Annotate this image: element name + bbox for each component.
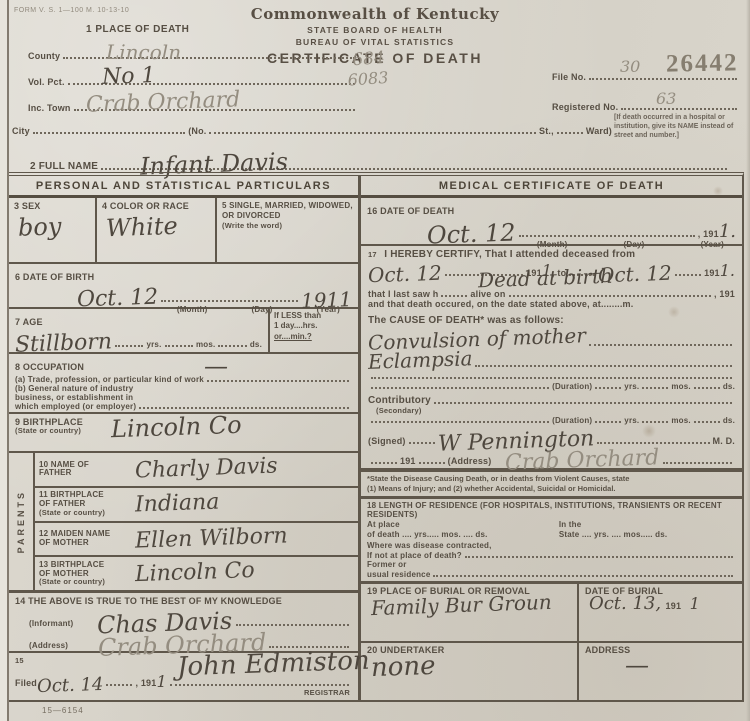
undertaker-field: 20 UNDERTAKER none: [361, 643, 579, 700]
parents-rows: 10 NAME OF FATHER Charly Davis 11 BIRTHP…: [35, 453, 358, 590]
dob-year-handwritten: 1911: [301, 291, 352, 310]
sex-value-handwritten: boy: [18, 216, 62, 238]
city-row: City (No. St., Ward): [12, 126, 612, 136]
informant-heading: 14 THE ABOVE IS TRUE TO THE BEST OF MY K…: [15, 596, 352, 606]
informant-rule: [236, 624, 349, 626]
dod-year-printed: , 191: [698, 229, 719, 239]
duration-rule-2: [642, 387, 668, 389]
residence-at-place-label: of death: [367, 530, 400, 539]
dead-at-birth-handwritten: Dead at birth: [478, 268, 613, 290]
last-saw-rule-2: [509, 295, 711, 297]
occupation-value-handwritten: —: [204, 356, 228, 376]
duration-line-2: (Duration) yrs. mos. ds.: [368, 416, 735, 425]
undertaker-address-label: ADDRESS: [585, 645, 736, 655]
inc-town-row: Inc. Town Crab Orchard: [28, 87, 358, 113]
informant-section: 14 THE ABOVE IS TRUE TO THE BEST OF MY K…: [9, 593, 358, 653]
age-less-than-box: If LESS than 1 day....hrs. or....min.?: [268, 309, 358, 352]
mother-birthplace-value-handwritten: Lincoln Co: [135, 562, 255, 585]
full-name-label: 2 FULL NAME: [30, 161, 98, 172]
file-no-pencil-handwritten: 30: [620, 60, 640, 74]
occupation-b-rule: [139, 407, 349, 409]
date-of-birth-field: 6 DATE OF BIRTH Oct. 12 1911 (Month) (Da…: [9, 264, 358, 309]
filed-year-handwritten: 1: [156, 675, 166, 689]
mother-birthplace-labels: 13 BIRTHPLACE OF MOTHER (State or countr…: [39, 561, 133, 587]
to-rule-2: [675, 274, 701, 276]
age-line: Stillborn yrs. mos. ds.: [15, 330, 262, 349]
registered-no-label: Registered No.: [552, 102, 618, 112]
residence-columns: At place of death .... yrs..... mos. ...…: [367, 520, 736, 542]
birthplace-sublabel: (State or country): [15, 427, 111, 436]
birthplace-labels: 9 BIRTHPLACE (State or country): [15, 417, 111, 436]
marital-label: 5 SINGLE, MARRIED, WIDOWED, OR DIVORCED: [222, 201, 353, 221]
county-row: County Lincoln: [28, 35, 358, 61]
dod-line: Oct. 12 , 191 1.: [367, 219, 736, 239]
cause-line-1: Convulsion of mother: [368, 328, 735, 348]
contributory-label: Contributory: [368, 395, 431, 406]
mother-birthplace-row: 13 BIRTHPLACE OF MOTHER (State or countr…: [35, 557, 358, 590]
occupation-line-b: which employed (or employer): [15, 402, 352, 411]
burial-place-value-handwritten: Family Bur Groun: [371, 594, 552, 617]
commonwealth-title: Commonwealth of Kentucky: [0, 5, 750, 23]
residence-at-place-line1: At place: [367, 520, 559, 531]
pencil-number-top: 684: [352, 51, 388, 68]
signed-address-line: 191 (Address) Crab Orchard: [368, 447, 735, 466]
color-race-value-handwritten: White: [106, 216, 178, 239]
occupation-a-label: (a) Trade, profession, or particular kin…: [15, 375, 204, 384]
file-number-stamp: 26442: [665, 49, 738, 78]
duration2-rule-1: [595, 421, 621, 423]
marital-sublabel: (Write the word): [222, 221, 353, 230]
age-label: 7 AGE: [15, 317, 43, 327]
filed-section: 15 Filed Oct. 14 , 191 1 John Edmiston R…: [9, 653, 358, 700]
father-birthplace-row: 11 BIRTHPLACE OF FATHER (State or countr…: [35, 488, 358, 523]
occupation-field: 8 OCCUPATION — (a) Trade, profession, or…: [9, 354, 358, 414]
to-year-handwritten: 1.: [720, 264, 735, 278]
cause-rule-3: [371, 377, 732, 379]
residence-section: 18 LENGTH OF RESIDENCE (FOR HOSPITALS, I…: [361, 496, 742, 582]
place-of-death-block: 1 PLACE OF DEATH County Lincoln Vol. Pct…: [28, 24, 358, 113]
signed-rule-1: [409, 442, 435, 444]
occupation-b1-label: (b) General nature of industry: [15, 384, 352, 393]
duration-yrs-2: yrs.: [624, 416, 639, 425]
age-less-line2: 1 day....hrs.: [274, 321, 354, 331]
color-race-field: 4 COLOR OR RACE White: [97, 198, 217, 262]
residence-in-state-label: State: [559, 530, 580, 539]
last-saw-year-printed: , 191: [714, 289, 735, 299]
burial-row: 19 PLACE OF BURIAL OR REMOVAL Family Bur…: [361, 584, 742, 643]
duration-rule-0: [371, 387, 549, 389]
duration-rule-3: [694, 387, 720, 389]
sex-field: 3 SEX boy: [9, 198, 97, 262]
burial-section: 19 PLACE OF BURIAL OR REMOVAL Family Bur…: [361, 581, 742, 700]
vol-pct-row: Vol. Pct. No 1: [28, 61, 358, 87]
duration-rule-1: [595, 387, 621, 389]
registrar-label: REGISTRAR: [304, 688, 350, 697]
last-saw-rule-1: [441, 295, 467, 297]
age-less-line1: If LESS than: [274, 311, 354, 321]
sex-race-marital-row: 3 SEX boy 4 COLOR OR RACE White 5 SINGLE…: [9, 198, 358, 264]
burial-date-field: DATE OF BURIAL Oct. 13, 191 1: [579, 584, 742, 641]
burial-year-handwritten: 1: [690, 594, 700, 613]
mother-birthplace-label-3: (State or country): [39, 578, 133, 586]
duration-mos-1: mos.: [671, 382, 690, 391]
dod-value-handwritten: Oct. 12: [427, 222, 516, 245]
color-race-label: 4 COLOR OR RACE: [102, 201, 210, 211]
pencil-numbers: 684 6083: [352, 51, 389, 87]
personal-column-header: PERSONAL AND STATISTICAL PARTICULARS: [9, 176, 358, 198]
duration-ds-2: ds.: [723, 416, 735, 425]
sig-address-label: (Address): [448, 456, 492, 466]
hospital-note: [If death occurred in a hospital or inst…: [614, 114, 734, 140]
bottom-form-number: 15—6154: [42, 706, 84, 715]
duration2-rule-2: [642, 421, 668, 423]
residence-at-place-line2: of death .... yrs..... mos. .... ds.: [367, 530, 559, 541]
age-value-handwritten: Stillborn: [15, 333, 113, 355]
contributory-line: Contributory: [368, 395, 735, 406]
inc-town-value-handwritten: Crab Orchard: [86, 92, 241, 116]
duration-ds-1: ds.: [723, 382, 735, 391]
duration2-rule-0: [371, 421, 549, 423]
city-rule: [33, 132, 185, 134]
sex-label: 3 SEX: [14, 201, 90, 211]
filed-date-handwritten: Oct. 14: [37, 677, 104, 695]
city-no-label: (No.: [188, 126, 206, 136]
age-ds-label: ds.: [250, 340, 262, 349]
dod-rule: [519, 235, 695, 237]
city-ward-label: Ward): [586, 126, 612, 136]
full-name-row: 2 FULL NAME Infant Davis: [30, 148, 730, 172]
father-name-value-handwritten: Charly Davis: [135, 458, 278, 482]
age-less-line3: or....min.?: [274, 332, 354, 342]
father-birthplace-value-handwritten: Indiana: [135, 493, 220, 515]
footnote-line-1: *State the Disease Causing Death, or in …: [367, 474, 736, 484]
informant-address-row: (Address) Crab Orchard: [15, 628, 352, 650]
duration2-rule-3: [694, 421, 720, 423]
mother-maiden-labels: 12 MAIDEN NAME OF MOTHER: [39, 530, 133, 548]
undertaker-row: 20 UNDERTAKER none ADDRESS —: [361, 643, 742, 700]
city-no-rule: [209, 132, 536, 134]
residence-at-place-dots: .... yrs..... mos. .... ds.: [402, 530, 487, 539]
residence-in-state-line1: In the: [559, 520, 736, 531]
age-yrs-label: yrs.: [146, 340, 161, 349]
footnote-line-2: (1) Means of Injury; and (2) whether Acc…: [367, 484, 736, 494]
sig-year-rule: [371, 462, 397, 464]
informant-address-label: (Address): [29, 641, 68, 650]
disease-contracted-label: If not at place of death?: [367, 551, 462, 560]
age-mos-label: mos.: [196, 340, 215, 349]
place-of-death-label: 1 PLACE OF DEATH: [86, 24, 358, 35]
occupation-label: 8 OCCUPATION: [15, 362, 84, 372]
marital-status-field: 5 SINGLE, MARRIED, WIDOWED, OR DIVORCED …: [217, 198, 358, 262]
age-mos-rule: [165, 345, 193, 347]
sig-year-printed: 191: [400, 456, 416, 466]
medical-column-header: MEDICAL CERTIFICATE OF DEATH: [361, 176, 742, 198]
certify-line1: 17 I HEREBY CERTIFY, That I attended dec…: [368, 249, 735, 260]
cause-rule-1: [589, 344, 732, 346]
residence-in-state-dots: .... yrs. .... mos..... ds.: [582, 530, 667, 539]
filed-label: Filed: [15, 678, 37, 688]
dod-year-handwritten: 1.: [719, 224, 736, 239]
city-label: City: [12, 126, 30, 136]
father-name-labels: 10 NAME OF FATHER: [39, 461, 133, 479]
mother-maiden-value-handwritten: Ellen Wilborn: [135, 527, 288, 551]
residence-label: 18 LENGTH OF RESIDENCE (FOR HOSPITALS, I…: [367, 501, 736, 519]
cause-line-2: Eclampsia: [368, 349, 735, 369]
registered-no-value-handwritten: 63: [656, 92, 676, 106]
cause-value-2-handwritten: Eclampsia: [368, 350, 473, 371]
age-main: 7 AGE Stillborn yrs. mos. ds.: [9, 309, 268, 352]
occupation-b3-label: which employed (or employer): [15, 402, 136, 411]
age-ds-rule: [218, 345, 246, 347]
certification-section: 17 I HEREBY CERTIFY, That I attended dec…: [361, 246, 742, 470]
registered-no-row: Registered No. 63: [552, 82, 740, 112]
parents-section: PARENTS 10 NAME OF FATHER Charly Davis 1…: [9, 453, 358, 593]
disease-contracted-line2: If not at place of death?: [367, 551, 736, 560]
dob-line: Oct. 12 1911: [15, 285, 352, 304]
age-yrs-rule: [115, 345, 143, 347]
signed-line: (Signed) W Pennington M. D.: [368, 428, 735, 447]
mother-maiden-label-2: OF MOTHER: [39, 539, 133, 548]
sig-addr-rule-2: [663, 462, 732, 464]
birthplace-value-handwritten: Lincoln Co: [111, 415, 242, 440]
father-birthplace-label-3: (State or country): [39, 509, 133, 517]
signed-rule-2: [597, 442, 710, 444]
last-saw-line: that I last saw h alive on , 191 Dead at…: [368, 279, 735, 299]
duration-mos-2: mos.: [671, 416, 690, 425]
former-residence-rule: [433, 575, 733, 577]
former-residence-line2: usual residence: [367, 570, 736, 579]
residence-in-state: In the State .... yrs. .... mos..... ds.: [559, 520, 736, 542]
burial-year-printed: 191: [666, 601, 682, 611]
duration-line-1: (Duration) yrs. mos. ds.: [368, 382, 735, 391]
to-year-printed: 191: [704, 268, 720, 278]
occupation-a-rule: [207, 380, 349, 382]
dob-value-handwritten: Oct. 12: [77, 289, 159, 311]
registered-no-rule: [621, 108, 737, 110]
undertaker-address-field: ADDRESS —: [579, 643, 742, 700]
residence-at-place: At place of death .... yrs..... mos. ...…: [367, 520, 559, 542]
file-no-rule: [589, 78, 737, 80]
certify-statement: I HEREBY CERTIFY, That I attended deceas…: [384, 249, 635, 260]
father-name-label-2: FATHER: [39, 469, 133, 478]
signed-label: (Signed): [368, 436, 406, 446]
disease-contracted-line1: Where was disease contracted,: [367, 541, 736, 550]
county-value-handwritten: Lincoln: [106, 44, 181, 61]
undertaker-value-handwritten: none: [371, 655, 436, 679]
inc-town-label: Inc. Town: [28, 103, 71, 113]
medical-column: MEDICAL CERTIFICATE OF DEATH 16 DATE OF …: [361, 176, 742, 700]
vol-pct-label: Vol. Pct.: [28, 77, 65, 87]
vol-pct-value-handwritten: No 1: [102, 67, 156, 88]
disease-contracted-rule: [465, 556, 733, 558]
secondary-label: (Secondary): [376, 406, 735, 415]
city-st-label: St.,: [539, 126, 554, 136]
birthplace-field: 9 BIRTHPLACE (State or country) Lincoln …: [9, 414, 358, 453]
dob-label: 6 DATE OF BIRTH: [15, 272, 94, 282]
file-no-row: File No. 30 26442: [552, 52, 740, 82]
undertaker-address-value-handwritten: —: [625, 651, 649, 679]
former-residence-line1: Former or: [367, 560, 736, 569]
last-saw-label: that I last saw h: [368, 289, 438, 299]
duration-yrs-1: yrs.: [624, 382, 639, 391]
file-no-label: File No.: [552, 72, 586, 82]
pencil-number-bottom: 6083: [347, 71, 389, 87]
duration-label-1: (Duration): [552, 382, 592, 391]
filed-rule: [106, 684, 132, 686]
filed-year-printed: , 191: [135, 678, 156, 688]
date-of-death-field: 16 DATE OF DEATH Oct. 12 , 191 1. (Month…: [361, 198, 742, 246]
registrar-rule: [170, 684, 349, 686]
dob-rule: [161, 300, 298, 302]
age-field: 7 AGE Stillborn yrs. mos. ds. If LESS th…: [9, 309, 358, 354]
county-label: County: [28, 51, 60, 61]
contributory-rule: [434, 402, 732, 404]
parents-rail: PARENTS: [9, 453, 35, 590]
former-residence-label: usual residence: [367, 570, 430, 579]
occupation-b2-label: business, or establishment in: [15, 393, 352, 402]
certify-number: 17: [368, 250, 377, 259]
mother-maiden-row: 12 MAIDEN NAME OF MOTHER Ellen Wilborn: [35, 523, 358, 558]
city-ward-rule: [557, 132, 583, 134]
duration-label-2: (Duration): [552, 416, 592, 425]
physician-address-handwritten: Crab Orchard: [505, 450, 660, 474]
burial-date-value-handwritten: Oct. 13,: [589, 593, 661, 614]
father-name-row: 10 NAME OF FATHER Charly Davis: [35, 453, 358, 488]
burial-place-field: 19 PLACE OF BURIAL OR REMOVAL Family Bur…: [361, 584, 579, 641]
parents-label: PARENTS: [16, 490, 26, 553]
registrar-signature-handwritten: John Edmiston: [177, 650, 370, 679]
occupation-line-a: (a) Trade, profession, or particular kin…: [15, 375, 352, 384]
death-occurred-line: and that death occured, on the date stat…: [368, 299, 735, 311]
informant-row: (Informant) Chas Davis: [15, 606, 352, 628]
informant-label: (Informant): [29, 619, 73, 628]
certificate-table: PERSONAL AND STATISTICAL PARTICULARS 3 S…: [7, 172, 744, 702]
dod-label: 16 DATE OF DEATH: [367, 206, 454, 216]
md-label: M. D.: [713, 436, 736, 446]
death-certificate-scan: FORM V. S. 1—100 M. 10-13-10 Commonwealt…: [0, 0, 750, 721]
sig-addr-rule-1: [419, 462, 445, 464]
personal-column: PERSONAL AND STATISTICAL PARTICULARS 3 S…: [9, 176, 361, 700]
residence-in-state-line2: State .... yrs. .... mos..... ds.: [559, 530, 736, 541]
cause-rule-2: [475, 365, 732, 367]
father-birthplace-labels: 11 BIRTHPLACE OF FATHER (State or countr…: [39, 491, 133, 517]
